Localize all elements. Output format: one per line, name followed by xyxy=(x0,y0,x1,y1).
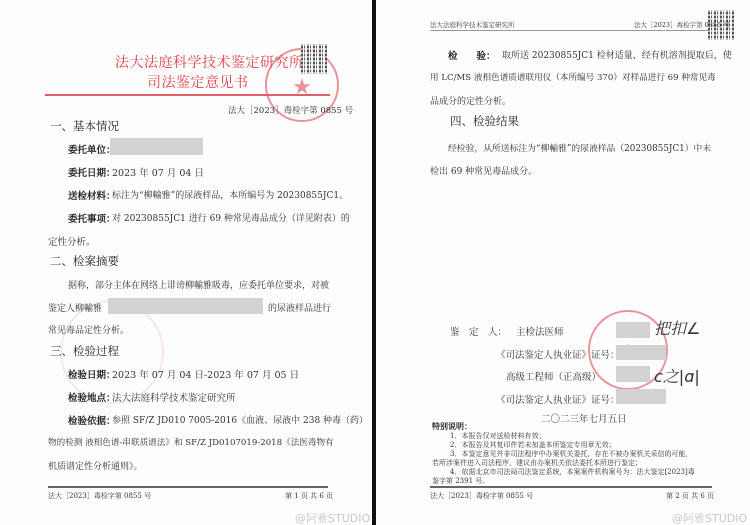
redacted-appraiser-1 xyxy=(616,322,650,338)
client-label: 委托单位： xyxy=(68,142,116,156)
summary-line2-prefix: 鉴定人柳輸雅 xyxy=(48,301,102,314)
section-heading-process: 三、检验过程 xyxy=(50,343,119,359)
footer-doc-number: 法大［2023］毒检字第 0855 号 xyxy=(48,491,151,501)
redacted-client xyxy=(110,138,203,155)
page-number: 第 1 页 共 6 页 xyxy=(285,491,333,501)
footer-rule xyxy=(430,486,712,488)
signature-date: 二〇二三年七月五日 xyxy=(541,411,627,425)
header-rule xyxy=(430,30,710,31)
redacted-cert-1 xyxy=(616,345,666,360)
document-title: 司法鉴定意见书 xyxy=(147,72,249,92)
institute-title: 法大法庭科学技术鉴定研究所 xyxy=(115,52,304,72)
summary-line2-suffix: 的尿液样品进行 xyxy=(268,301,331,314)
section-heading-basic-info: 一、基本情况 xyxy=(50,118,119,134)
summary-line3: 常见毒品定性分析。 xyxy=(48,323,129,336)
cert-label-1: 《司法鉴定人执业证》证号： xyxy=(496,347,620,361)
basis-line3: 机质谱定性分析通则》。 xyxy=(48,459,143,472)
appraiser-label: 鉴 定 人： xyxy=(450,324,507,338)
matter-value-line1: 对 20230855JC1 进行 69 种常见毒品成分（详见附表）的 xyxy=(112,211,350,224)
basis-label: 检验依据： xyxy=(68,413,116,427)
entrust-date-value: 2023 年 07 月 04 日 xyxy=(112,165,204,179)
document-number: 法大［2023］毒检字第 0855 号 xyxy=(228,104,353,116)
star-icon: ★ xyxy=(292,75,312,100)
qr-code-icon xyxy=(301,44,327,74)
redacted-appraiser-2 xyxy=(616,366,650,382)
cert-label-2: 《司法鉴定人执业证》证号： xyxy=(496,392,620,406)
footer-rule xyxy=(48,486,328,488)
exam-line2: 用 LC/MS 液相色谱质谱联用仪（本所编号 370）对样品进行 69 种常见毒 xyxy=(430,71,716,83)
page-number: 第 2 页 共 6 页 xyxy=(666,491,714,501)
entrust-date-label: 委托日期： xyxy=(68,165,116,179)
exam-place-label: 检验地点： xyxy=(68,390,116,404)
matter-label: 委托事项： xyxy=(68,211,116,225)
title-rule xyxy=(45,94,330,96)
report-page-2: 法大法庭科学技术鉴定研究所 法大［2023］毒检字第 0855 号 检 验： 取… xyxy=(376,0,750,525)
footer-doc-number: 法大［2023］毒检字第 0855 号 xyxy=(430,491,533,501)
handwritten-signature-2: ⅽ之|ɑ| xyxy=(654,364,700,387)
report-page-1: ★ 法大法庭科学技术鉴定研究所 司法鉴定意见书 法大［2023］毒检字第 085… xyxy=(0,0,372,525)
header-institute: 法大法庭科学技术鉴定研究所 xyxy=(430,20,515,29)
material-value: 标注为“柳輸雅”的尿液样品，本所编号为 20230855JC1。 xyxy=(112,188,348,201)
appraiser-title-2: 高级工程师（正高级） xyxy=(506,369,601,383)
handwritten-signature-1: 把扣∠ xyxy=(654,316,700,339)
watermark-left: @阿雅STUDIO xyxy=(295,510,370,525)
note-item: 鉴字第 2391 号。 xyxy=(432,476,489,486)
result-line2: 检出 69 种常见毒品成分。 xyxy=(430,164,537,177)
exam-line3: 品成分的定性分析。 xyxy=(430,94,511,107)
matter-value-line2: 定性分析。 xyxy=(48,234,96,248)
redacted-cert-2 xyxy=(616,389,666,404)
section-heading-results: 四、检验结果 xyxy=(450,113,519,129)
material-label: 送检材料： xyxy=(68,188,116,202)
exam-date-label: 检验日期： xyxy=(68,367,116,381)
basis-line1: 参照 SF/Z JD010 7005-2016《血液、尿液中 238 种毒（药） xyxy=(112,413,368,426)
exam-line1: 取所送 20230855JC1 检材适量，经有机溶剂提取后，使 xyxy=(502,48,732,61)
exam-date-value: 2023 年 07 月 04 日-2023 年 07 月 05 日 xyxy=(112,367,299,381)
redacted-name xyxy=(108,298,263,314)
basis-line2: 物的检测 液相色谱-串联质谱法》和 SF/Z JD0107019-2018《法医… xyxy=(48,436,334,448)
header-doc-number: 法大［2023］毒检字第 0855 号 xyxy=(634,20,730,29)
section-heading-case-summary: 二、检案摘要 xyxy=(50,253,119,269)
summary-line1: 据称，部分主体在网络上诽谤柳輸雅吸毒，应委托单位要求，对被 xyxy=(68,278,329,291)
watermark-right: @阿雅STUDIO xyxy=(672,510,747,525)
result-line1: 经检验，从所送标注为“柳輸雅”的尿液样品（20230855JC1）中未 xyxy=(448,141,711,154)
appraiser-title-1: 主检法医师 xyxy=(516,324,564,338)
exam-label: 检 验： xyxy=(448,48,496,62)
exam-place-value: 法大法庭科学技术鉴定研究所 xyxy=(112,390,236,404)
